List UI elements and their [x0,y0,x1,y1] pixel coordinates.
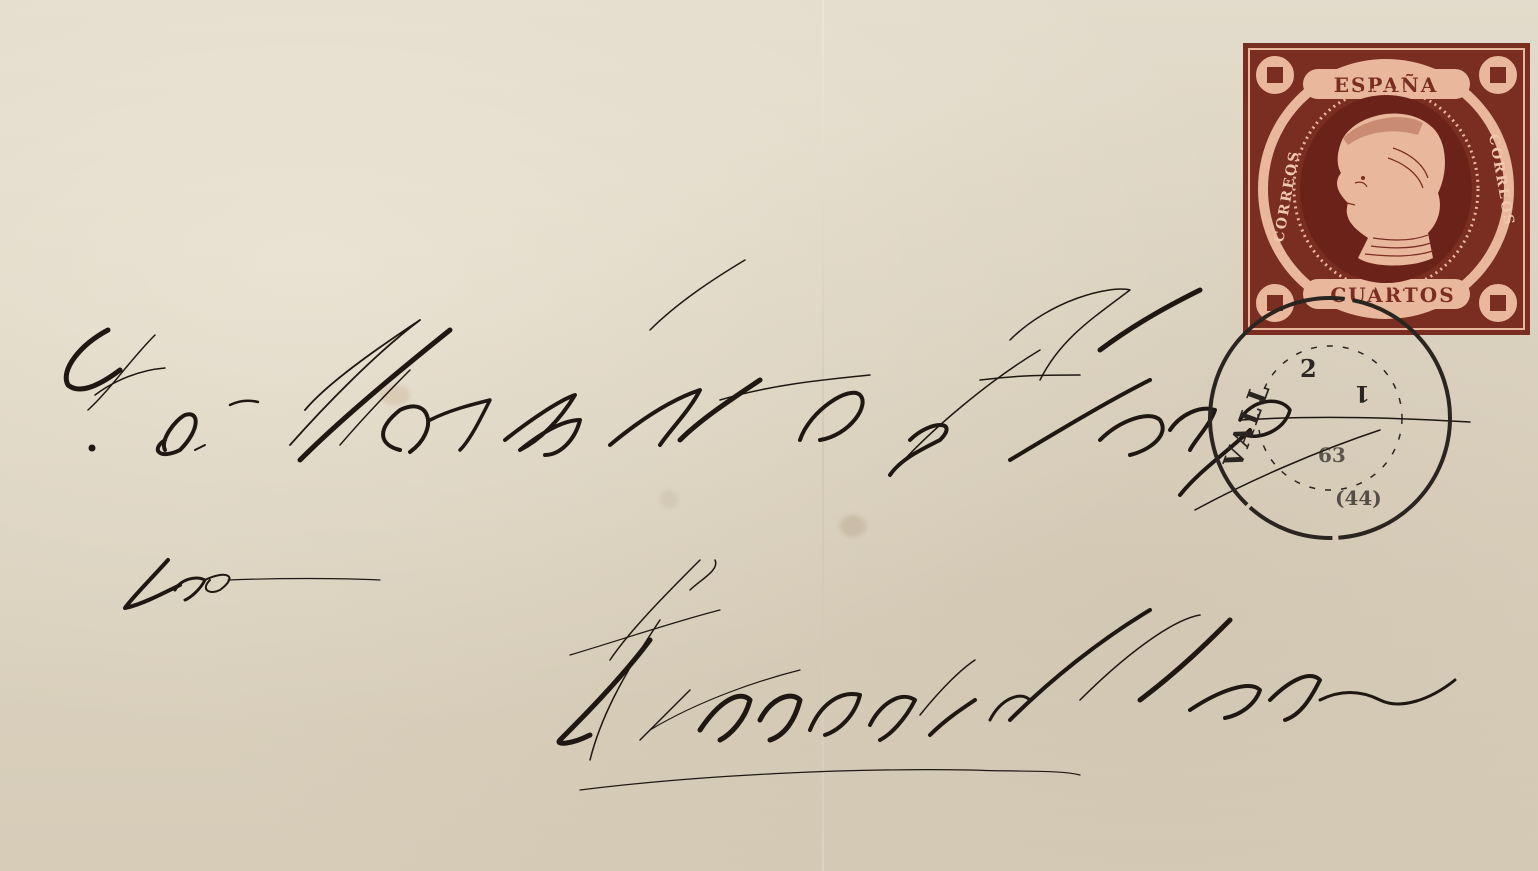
envelope-cover: ESPAÑA CUARTOS CORREOS CORREOS [0,0,1538,871]
stamp-value-text: CUARTOS [1330,283,1455,307]
postage-stamp: ESPAÑA CUARTOS CORREOS CORREOS [1243,43,1530,335]
stamp-country-text: ESPAÑA [1334,73,1439,97]
